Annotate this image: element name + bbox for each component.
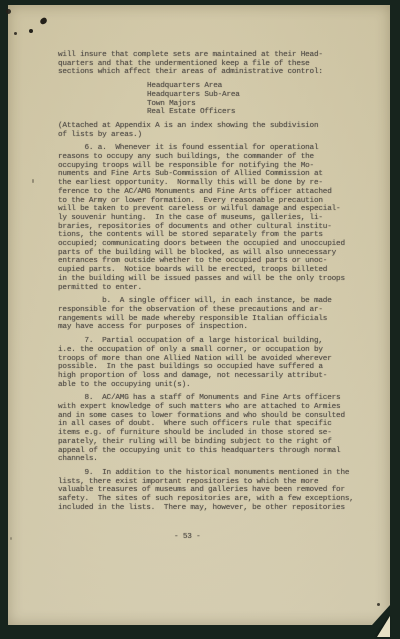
typewritten-text-column: will insure that complete sets are maint…	[58, 51, 364, 542]
ink-speck	[10, 537, 12, 540]
paragraph-7: 7. Partial occupation of a large histori…	[58, 337, 364, 389]
ink-speck	[14, 32, 17, 35]
paragraph-6b: b. A single officer will, in each instan…	[58, 297, 364, 332]
ink-speck	[29, 29, 33, 33]
folded-corner	[377, 616, 390, 637]
ink-speck	[6, 9, 11, 14]
appendix-note: (Attached at Appendix A is an index show…	[58, 122, 364, 139]
continuation-paragraph: will insure that complete sets are maint…	[58, 51, 364, 77]
distribution-list: Headquarters Area Headquarters Sub-Area …	[58, 82, 364, 117]
ink-speck	[377, 603, 380, 606]
paragraph-8: 8. AC/AMG has a staff of Monuments and F…	[58, 394, 364, 464]
scanned-page: will insure that complete sets are maint…	[8, 5, 390, 625]
paragraph-9: 9. In addition to the historical monumen…	[58, 469, 364, 513]
ink-speck	[32, 179, 34, 183]
paragraph-6: 6. a. Whenever it is found essential for…	[58, 144, 364, 292]
page-number: - 53 -	[58, 533, 364, 542]
